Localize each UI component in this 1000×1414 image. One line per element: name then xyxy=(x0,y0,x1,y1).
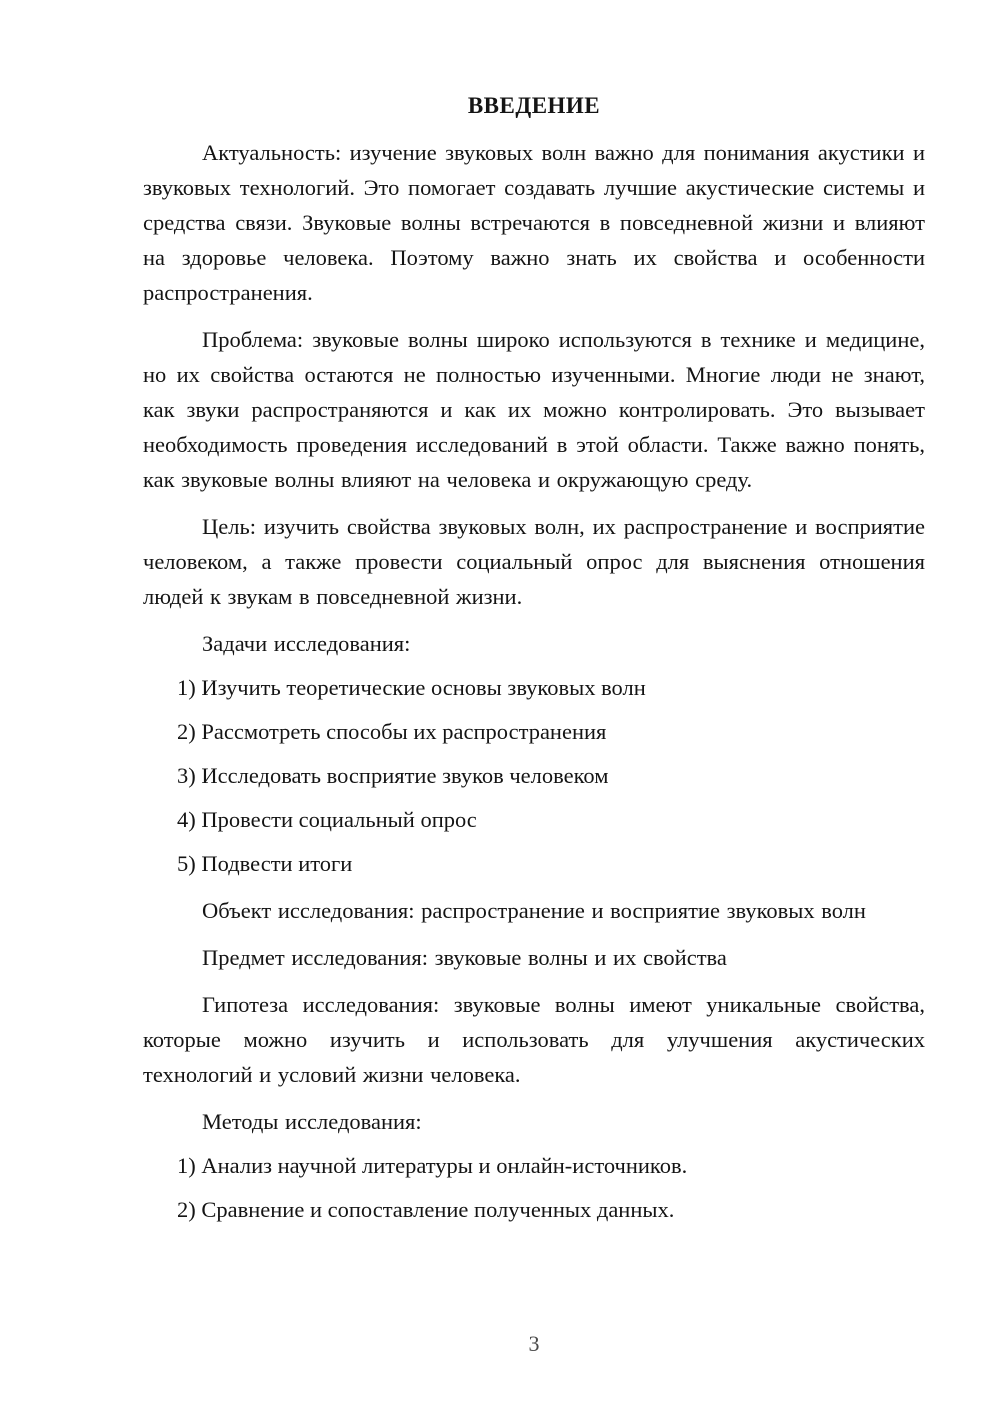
paragraph-relevance: Актуальность: изучение звуковых волн важ… xyxy=(143,135,925,310)
task-item-4: 4) Провести социальный опрос xyxy=(177,802,925,837)
paragraph-problem: Проблема: звуковые волны широко использу… xyxy=(143,322,925,497)
task-item-3: 3) Исследовать восприятие звуков человек… xyxy=(177,758,925,793)
paragraph-object: Объект исследования: распространение и в… xyxy=(143,893,925,928)
task-item-5: 5) Подвести итоги xyxy=(177,846,925,881)
method-item-2: 2) Сравнение и сопоставление полученных … xyxy=(177,1192,925,1227)
paragraph-hypothesis: Гипотеза исследования: звуковые волны им… xyxy=(143,987,925,1092)
heading-methods: Методы исследования: xyxy=(143,1104,925,1139)
page-title: ВВЕДЕНИЕ xyxy=(143,88,925,123)
method-item-1: 1) Анализ научной литературы и онлайн-ис… xyxy=(177,1148,925,1183)
page-number: 3 xyxy=(143,1326,925,1361)
paragraph-goal: Цель: изучить свойства звуковых волн, их… xyxy=(143,509,925,614)
task-item-2: 2) Рассмотреть способы их распространени… xyxy=(177,714,925,749)
document-page: ВВЕДЕНИЕ Актуальность: изучение звуковых… xyxy=(0,0,1000,1414)
heading-tasks: Задачи исследования: xyxy=(143,626,925,661)
task-item-1: 1) Изучить теоретические основы звуковых… xyxy=(177,670,925,705)
paragraph-subject: Предмет исследования: звуковые волны и и… xyxy=(143,940,925,975)
